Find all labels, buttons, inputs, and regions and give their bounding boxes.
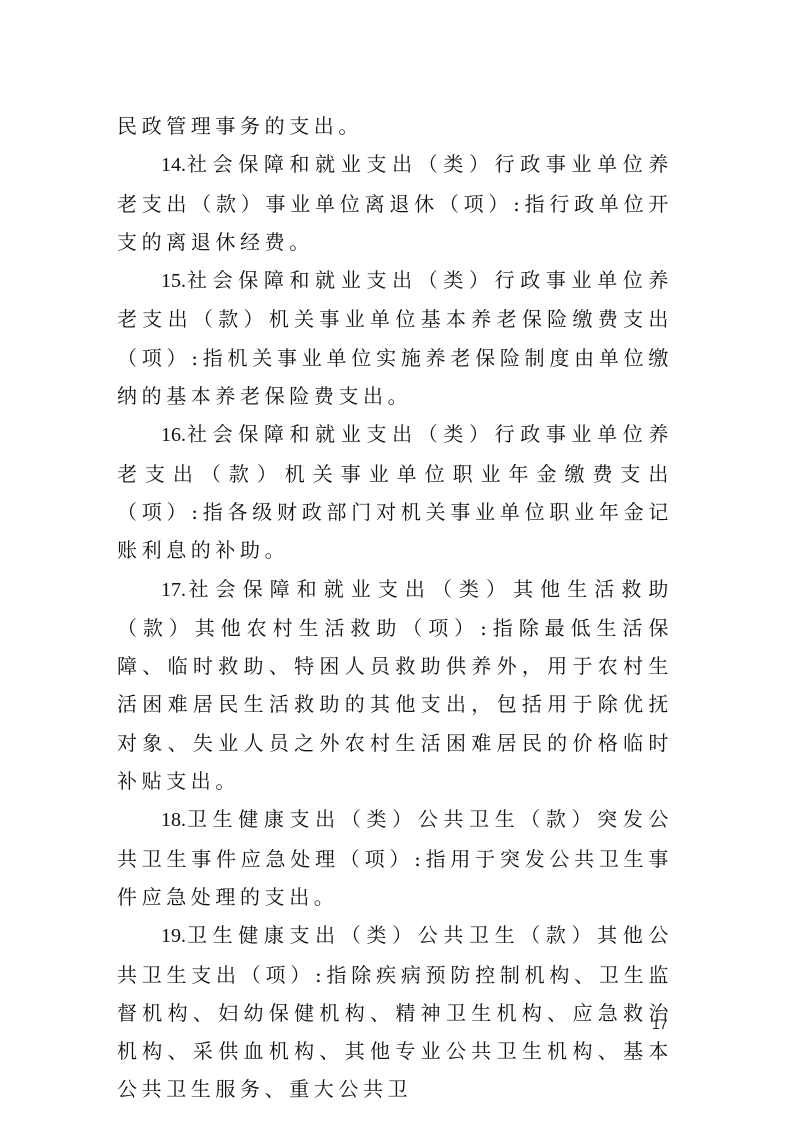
item-number: 14. — [161, 154, 186, 176]
paragraph-text: 民政管理事务的支出。 — [117, 114, 363, 138]
paragraph-text: 社会保障和就业支出（类）其他生活救助（款）其他农村生活救助（项）:指除最低生活保… — [117, 577, 673, 793]
paragraph-item-14: 14.社会保障和就业支出（类）行政事业单位养老支出（款）事业单位离退休（项）:指… — [117, 145, 673, 261]
document-body: 民政管理事务的支出。 14.社会保障和就业支出（类）行政事业单位养老支出（款）事… — [117, 107, 673, 1109]
paragraph-text: 社会保障和就业支出（类）行政事业单位养老支出（款）机关事业单位职业年金缴费支出（… — [117, 422, 673, 562]
page-number: 17 — [652, 1016, 668, 1032]
paragraph-text: 卫生健康支出（类）公共卫生（款）突发公共卫生事件应急处理（项）:指用于突发公共卫… — [117, 807, 673, 909]
paragraph-item-18: 18.卫生健康支出（类）公共卫生（款）突发公共卫生事件应急处理（项）:指用于突发… — [117, 800, 673, 916]
paragraph-item-16: 16.社会保障和就业支出（类）行政事业单位养老支出（款）机关事业单位职业年金缴费… — [117, 415, 673, 569]
item-number: 15. — [161, 270, 186, 292]
item-number: 16. — [161, 424, 186, 446]
paragraph-text: 卫生健康支出（类）公共卫生（款）其他公共卫生支出（项）:指除疾病预防控制机构、卫… — [117, 923, 673, 1101]
paragraph-item-19: 19.卫生健康支出（类）公共卫生（款）其他公共卫生支出（项）:指除疾病预防控制机… — [117, 916, 673, 1108]
item-number: 19. — [161, 925, 186, 947]
paragraph-continuation: 民政管理事务的支出。 — [117, 107, 673, 145]
paragraph-text: 社会保障和就业支出（类）行政事业单位养老支出（款）事业单位离退休（项）:指行政单… — [117, 152, 673, 254]
paragraph-item-17: 17.社会保障和就业支出（类）其他生活救助（款）其他农村生活救助（项）:指除最低… — [117, 570, 673, 801]
paragraph-text: 社会保障和就业支出（类）行政事业单位养老支出（款）机关事业单位基本养老保险缴费支… — [117, 268, 673, 408]
item-number: 17. — [161, 579, 186, 601]
item-number: 18. — [161, 809, 186, 831]
paragraph-item-15: 15.社会保障和就业支出（类）行政事业单位养老支出（款）机关事业单位基本养老保险… — [117, 261, 673, 415]
